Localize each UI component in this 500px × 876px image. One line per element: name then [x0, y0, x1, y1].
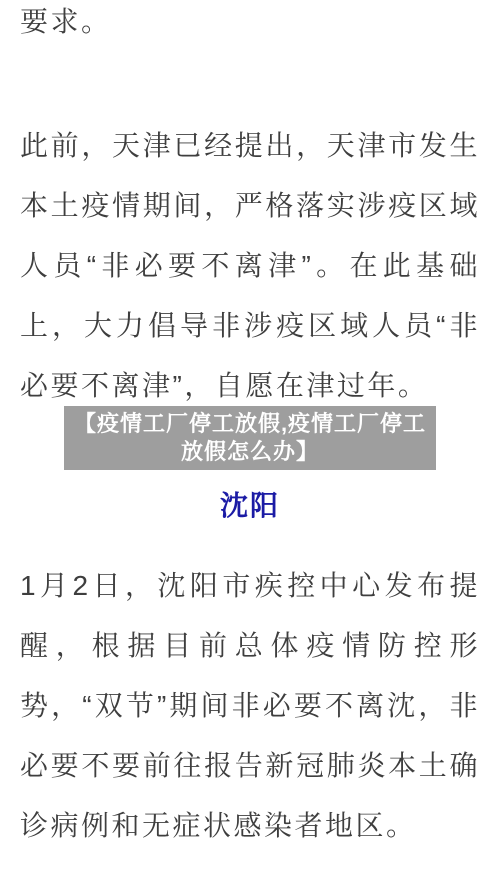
inline-keyword-link-box[interactable]: 【疫情工厂停工放假,疫情工厂停工放假怎么办】 — [64, 406, 436, 470]
section-heading-shenyang: 沈阳 — [20, 488, 480, 524]
paragraph-previous-tail: 要求。 — [20, 0, 480, 52]
paragraph-shenyang-notice: 1月2日，沈阳市疾控中心发布提醒，根据目前总体疫情防控形势，“双节”期间非必要不… — [20, 556, 480, 856]
article-page: 要求。 此前，天津已经提出，天津市发生本土疫情期间，严格落实涉疫区域人员“非必要… — [0, 0, 500, 876]
inline-keyword-link-text: 【疫情工厂停工放假,疫情工厂停工放假怎么办】 — [74, 411, 426, 464]
paragraph-tianjin-policy: 此前，天津已经提出，天津市发生本土疫情期间，严格落实涉疫区域人员“非必要不离津”… — [20, 116, 480, 416]
